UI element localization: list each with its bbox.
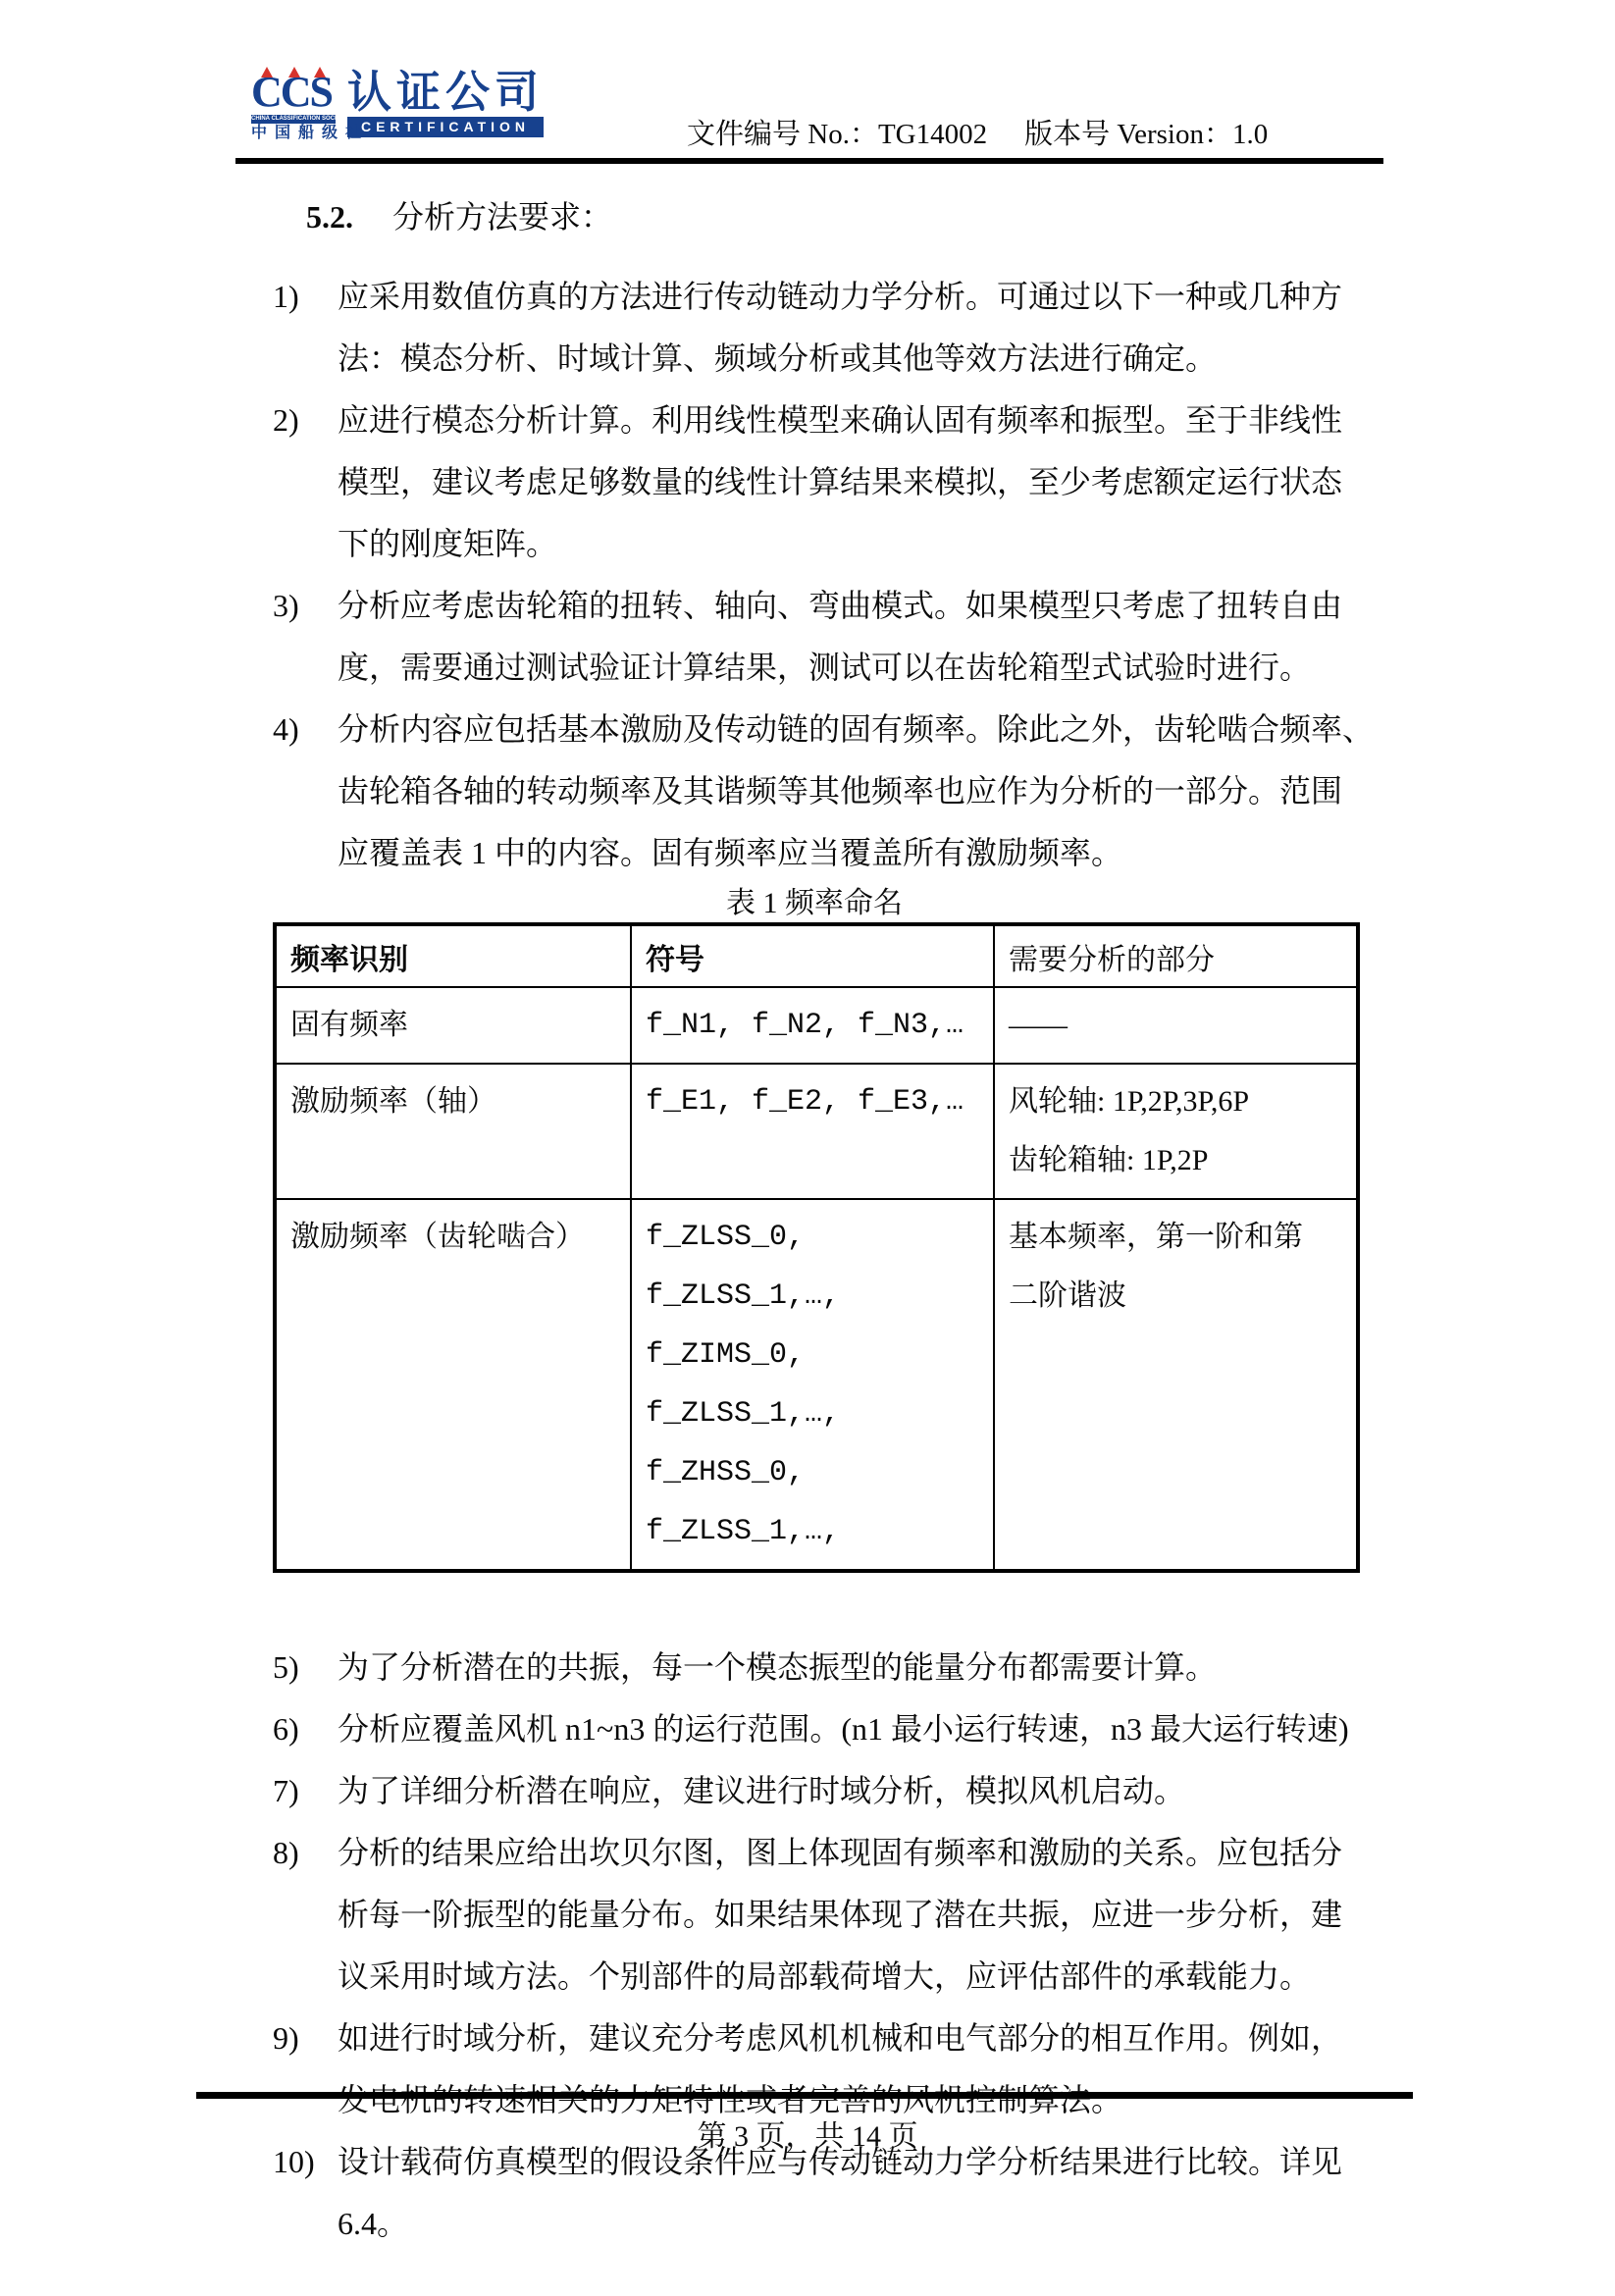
list-item-1: 1) 应采用数值仿真的方法进行传动链动力学分析。可通过以下一种或几种方 法：模态… bbox=[273, 266, 1433, 390]
section-number: 5.2. bbox=[306, 199, 353, 235]
document-page: CCS CHINA CLASSIFICATION SOCIETY 中 国 船 级… bbox=[0, 0, 1615, 2296]
ccs-logo-left: CCS CHINA CLASSIFICATION SOCIETY 中 国 船 级… bbox=[251, 71, 336, 142]
doc-number: 文件编号 No.：TG14002 bbox=[687, 119, 987, 150]
certification-en-bar: CERTIFICATION bbox=[347, 117, 544, 137]
list-item-5: 5) 为了分析潜在的共振，每一个模态振型的能量分布都需要计算。 bbox=[273, 1637, 1433, 1698]
item-text: 分析的结果应给出坎贝尔图，图上体现固有频率和激励的关系。应包括分 析每一阶振型的… bbox=[338, 1822, 1433, 2008]
document-body: 5.2.分析方法要求： 1) 应采用数值仿真的方法进行传动链动力学分析。可通过以… bbox=[273, 186, 1433, 2255]
society-en-bar: CHINA CLASSIFICATION SOCIETY bbox=[251, 115, 336, 124]
item-number: 7) bbox=[273, 1760, 338, 1822]
cell-frequency-id: 激励频率（齿轮啮合） bbox=[275, 1199, 631, 1571]
item-number: 5) bbox=[273, 1637, 338, 1698]
list-item-4: 4) 分析内容应包括基本激励及传动链的固有频率。除此之外，齿轮啮合频率、 齿轮箱… bbox=[273, 699, 1433, 884]
table-row: 激励频率（齿轮啮合） f_ZLSS_0, f_ZLSS_1,…, f_ZIMS_… bbox=[275, 1199, 1358, 1571]
item-text: 分析应考虑齿轮箱的扭转、轴向、弯曲模式。如果模型只考虑了扭转自由 度，需要通过测… bbox=[338, 575, 1433, 699]
table-caption: 表 1 频率命名 bbox=[273, 886, 1356, 921]
item-text: 应采用数值仿真的方法进行传动链动力学分析。可通过以下一种或几种方 法：模态分析、… bbox=[338, 266, 1433, 390]
doc-version: 版本号 Version：1.0 bbox=[1024, 119, 1268, 150]
item-text: 为了分析潜在的共振，每一个模态振型的能量分布都需要计算。 bbox=[338, 1637, 1433, 1698]
red-sail-icon bbox=[261, 67, 273, 78]
ccs-logo-right: 认证公司 CERTIFICATION bbox=[347, 71, 544, 142]
item-number: 9) bbox=[273, 2008, 338, 2069]
footer-rule bbox=[196, 2092, 1413, 2099]
cell-part: 基本频率，第一阶和第 二阶谐波 bbox=[994, 1199, 1358, 1571]
item-number: 8) bbox=[273, 1822, 338, 1884]
col-header-frequency-id: 频率识别 bbox=[275, 924, 631, 987]
item-number: 3) bbox=[273, 575, 338, 637]
list-item-6: 6) 分析应覆盖风机 n1~n3 的运行范围。(n1 最小运行转速，n3 最大运… bbox=[273, 1698, 1433, 1760]
society-cn-label: 中 国 船 级 社 bbox=[251, 125, 336, 142]
document-id-line: 文件编号 No.：TG14002版本号 Version：1.0 bbox=[687, 118, 1383, 151]
list-item-2: 2) 应进行模态分析计算。利用线性模型来确认固有频率和振型。至于非线性 模型，建… bbox=[273, 390, 1433, 575]
item-number: 1) bbox=[273, 266, 338, 328]
cell-symbol: f_N1, f_N2, f_N3,… bbox=[631, 987, 994, 1064]
ccs-logo: CCS CHINA CLASSIFICATION SOCIETY 中 国 船 级… bbox=[251, 71, 544, 142]
table-row: 固有频率 f_N1, f_N2, f_N3,… —— bbox=[275, 987, 1358, 1064]
cell-symbol: f_E1, f_E2, f_E3,… bbox=[631, 1064, 994, 1199]
item-number: 6) bbox=[273, 1698, 338, 1760]
item-text: 如进行时域分析，建议充分考虑风机机械和电气部分的相互作用。例如， 发电机的转速相… bbox=[338, 2008, 1433, 2131]
item-number: 2) bbox=[273, 390, 338, 451]
frequency-naming-table: 频率识别 符号 需要分析的部分 固有频率 f_N1, f_N2, f_N3,… … bbox=[273, 922, 1360, 1573]
list-item-3: 3) 分析应考虑齿轮箱的扭转、轴向、弯曲模式。如果模型只考虑了扭转自由 度，需要… bbox=[273, 575, 1433, 699]
cell-part: 风轮轴: 1P,2P,3P,6P 齿轮箱轴: 1P,2P bbox=[994, 1064, 1358, 1199]
table-row: 激励频率（轴） f_E1, f_E2, f_E3,… 风轮轴: 1P,2P,3P… bbox=[275, 1064, 1358, 1199]
col-header-symbol: 符号 bbox=[631, 924, 994, 987]
page-number: 第 3 页，共 14 页 bbox=[0, 2117, 1615, 2157]
list-item-7: 7) 为了详细分析潜在响应，建议进行时域分析，模拟风机启动。 bbox=[273, 1760, 1433, 1822]
col-header-part-to-analyze: 需要分析的部分 bbox=[994, 924, 1358, 987]
section-title: 分析方法要求： bbox=[392, 199, 612, 235]
section-heading: 5.2.分析方法要求： bbox=[306, 186, 1433, 248]
item-number: 4) bbox=[273, 699, 338, 760]
item-text: 分析内容应包括基本激励及传动链的固有频率。除此之外，齿轮啮合频率、 齿轮箱各轴的… bbox=[338, 699, 1433, 884]
cell-symbol: f_ZLSS_0, f_ZLSS_1,…, f_ZIMS_0, f_ZLSS_1… bbox=[631, 1199, 994, 1571]
cell-frequency-id: 固有频率 bbox=[275, 987, 631, 1064]
cell-part: —— bbox=[994, 987, 1358, 1064]
red-sail-icon bbox=[314, 67, 326, 78]
list-item-9: 9) 如进行时域分析，建议充分考虑风机机械和电气部分的相互作用。例如， 发电机的… bbox=[273, 2008, 1433, 2131]
item-text: 应进行模态分析计算。利用线性模型来确认固有频率和振型。至于非线性 模型，建议考虑… bbox=[338, 390, 1433, 575]
table-header-row: 频率识别 符号 需要分析的部分 bbox=[275, 924, 1358, 987]
list-item-8: 8) 分析的结果应给出坎贝尔图，图上体现固有频率和激励的关系。应包括分 析每一阶… bbox=[273, 1822, 1433, 2008]
item-text: 分析应覆盖风机 n1~n3 的运行范围。(n1 最小运行转速，n3 最大运行转速… bbox=[338, 1698, 1433, 1760]
header-rule bbox=[235, 158, 1383, 164]
company-cn-label: 认证公司 bbox=[347, 71, 544, 115]
cell-frequency-id: 激励频率（轴） bbox=[275, 1064, 631, 1199]
item-text: 为了详细分析潜在响应，建议进行时域分析，模拟风机启动。 bbox=[338, 1760, 1433, 1822]
red-sail-icon bbox=[288, 67, 300, 78]
